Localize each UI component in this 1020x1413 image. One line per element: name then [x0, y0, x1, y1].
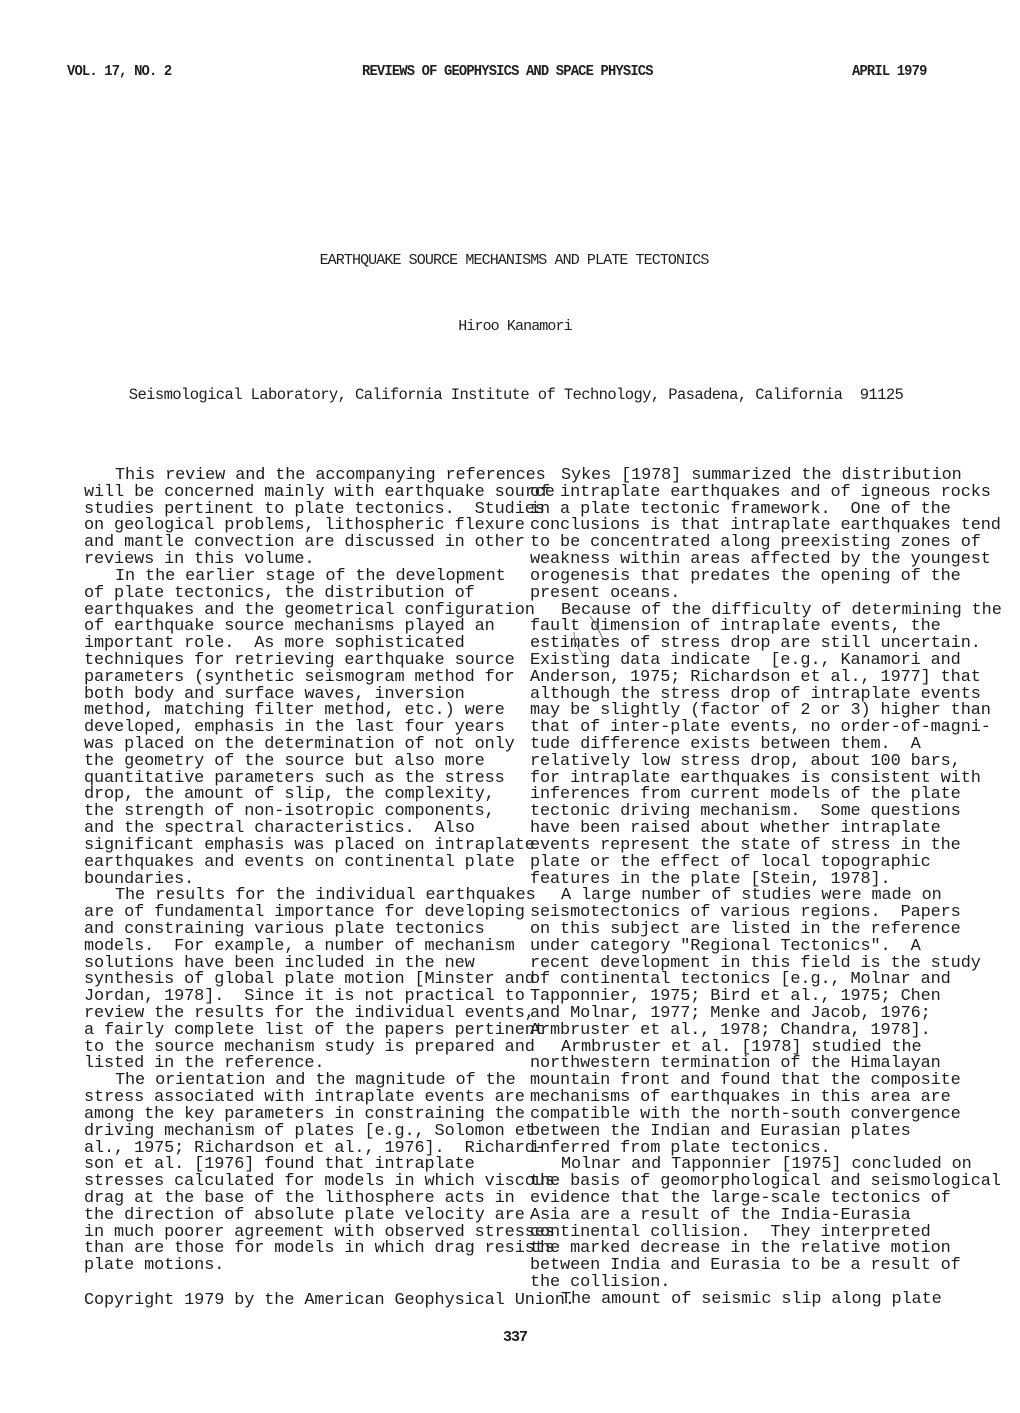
text-line: earthquakes and events on continental pl…	[84, 855, 555, 872]
running-header-date: APRIL 1979	[852, 63, 927, 80]
left-text-column: This review and the accompanying referen…	[84, 468, 555, 1275]
text-line: between the Indian and Eurasian plates	[530, 1124, 1002, 1141]
text-line: present oceans.	[530, 586, 1002, 603]
running-header-volume: VOL. 17, NO. 2	[67, 63, 171, 80]
text-line: The amount of seismic slip along plate	[530, 1292, 1002, 1309]
article-title: EARTHQUAKE SOURCE MECHANISMS AND PLATE T…	[4, 252, 1020, 269]
text-line: plate or the effect of local topographic	[530, 855, 1002, 872]
text-line: plate motions.	[84, 1258, 555, 1275]
text-line: driving mechanism of plates [e.g., Solom…	[84, 1124, 555, 1141]
running-header-journal: REVIEWS OF GEOPHYSICS AND SPACE PHYSICS	[362, 63, 653, 80]
page-number: 337	[503, 1329, 527, 1346]
text-line: of plate tectonics, the distribution of	[84, 586, 555, 603]
right-text-column: Sykes [1978] summarized the distribution…	[530, 468, 1002, 1309]
article-author: Hiroo Kanamori	[5, 318, 1020, 335]
journal-page: VOL. 17, NO. 2 REVIEWS OF GEOPHYSICS AND…	[0, 0, 1020, 1413]
article-affiliation: Seismological Laboratory, California Ins…	[6, 386, 1020, 404]
copyright-notice: Copyright 1979 by the American Geophysic…	[84, 1291, 575, 1310]
